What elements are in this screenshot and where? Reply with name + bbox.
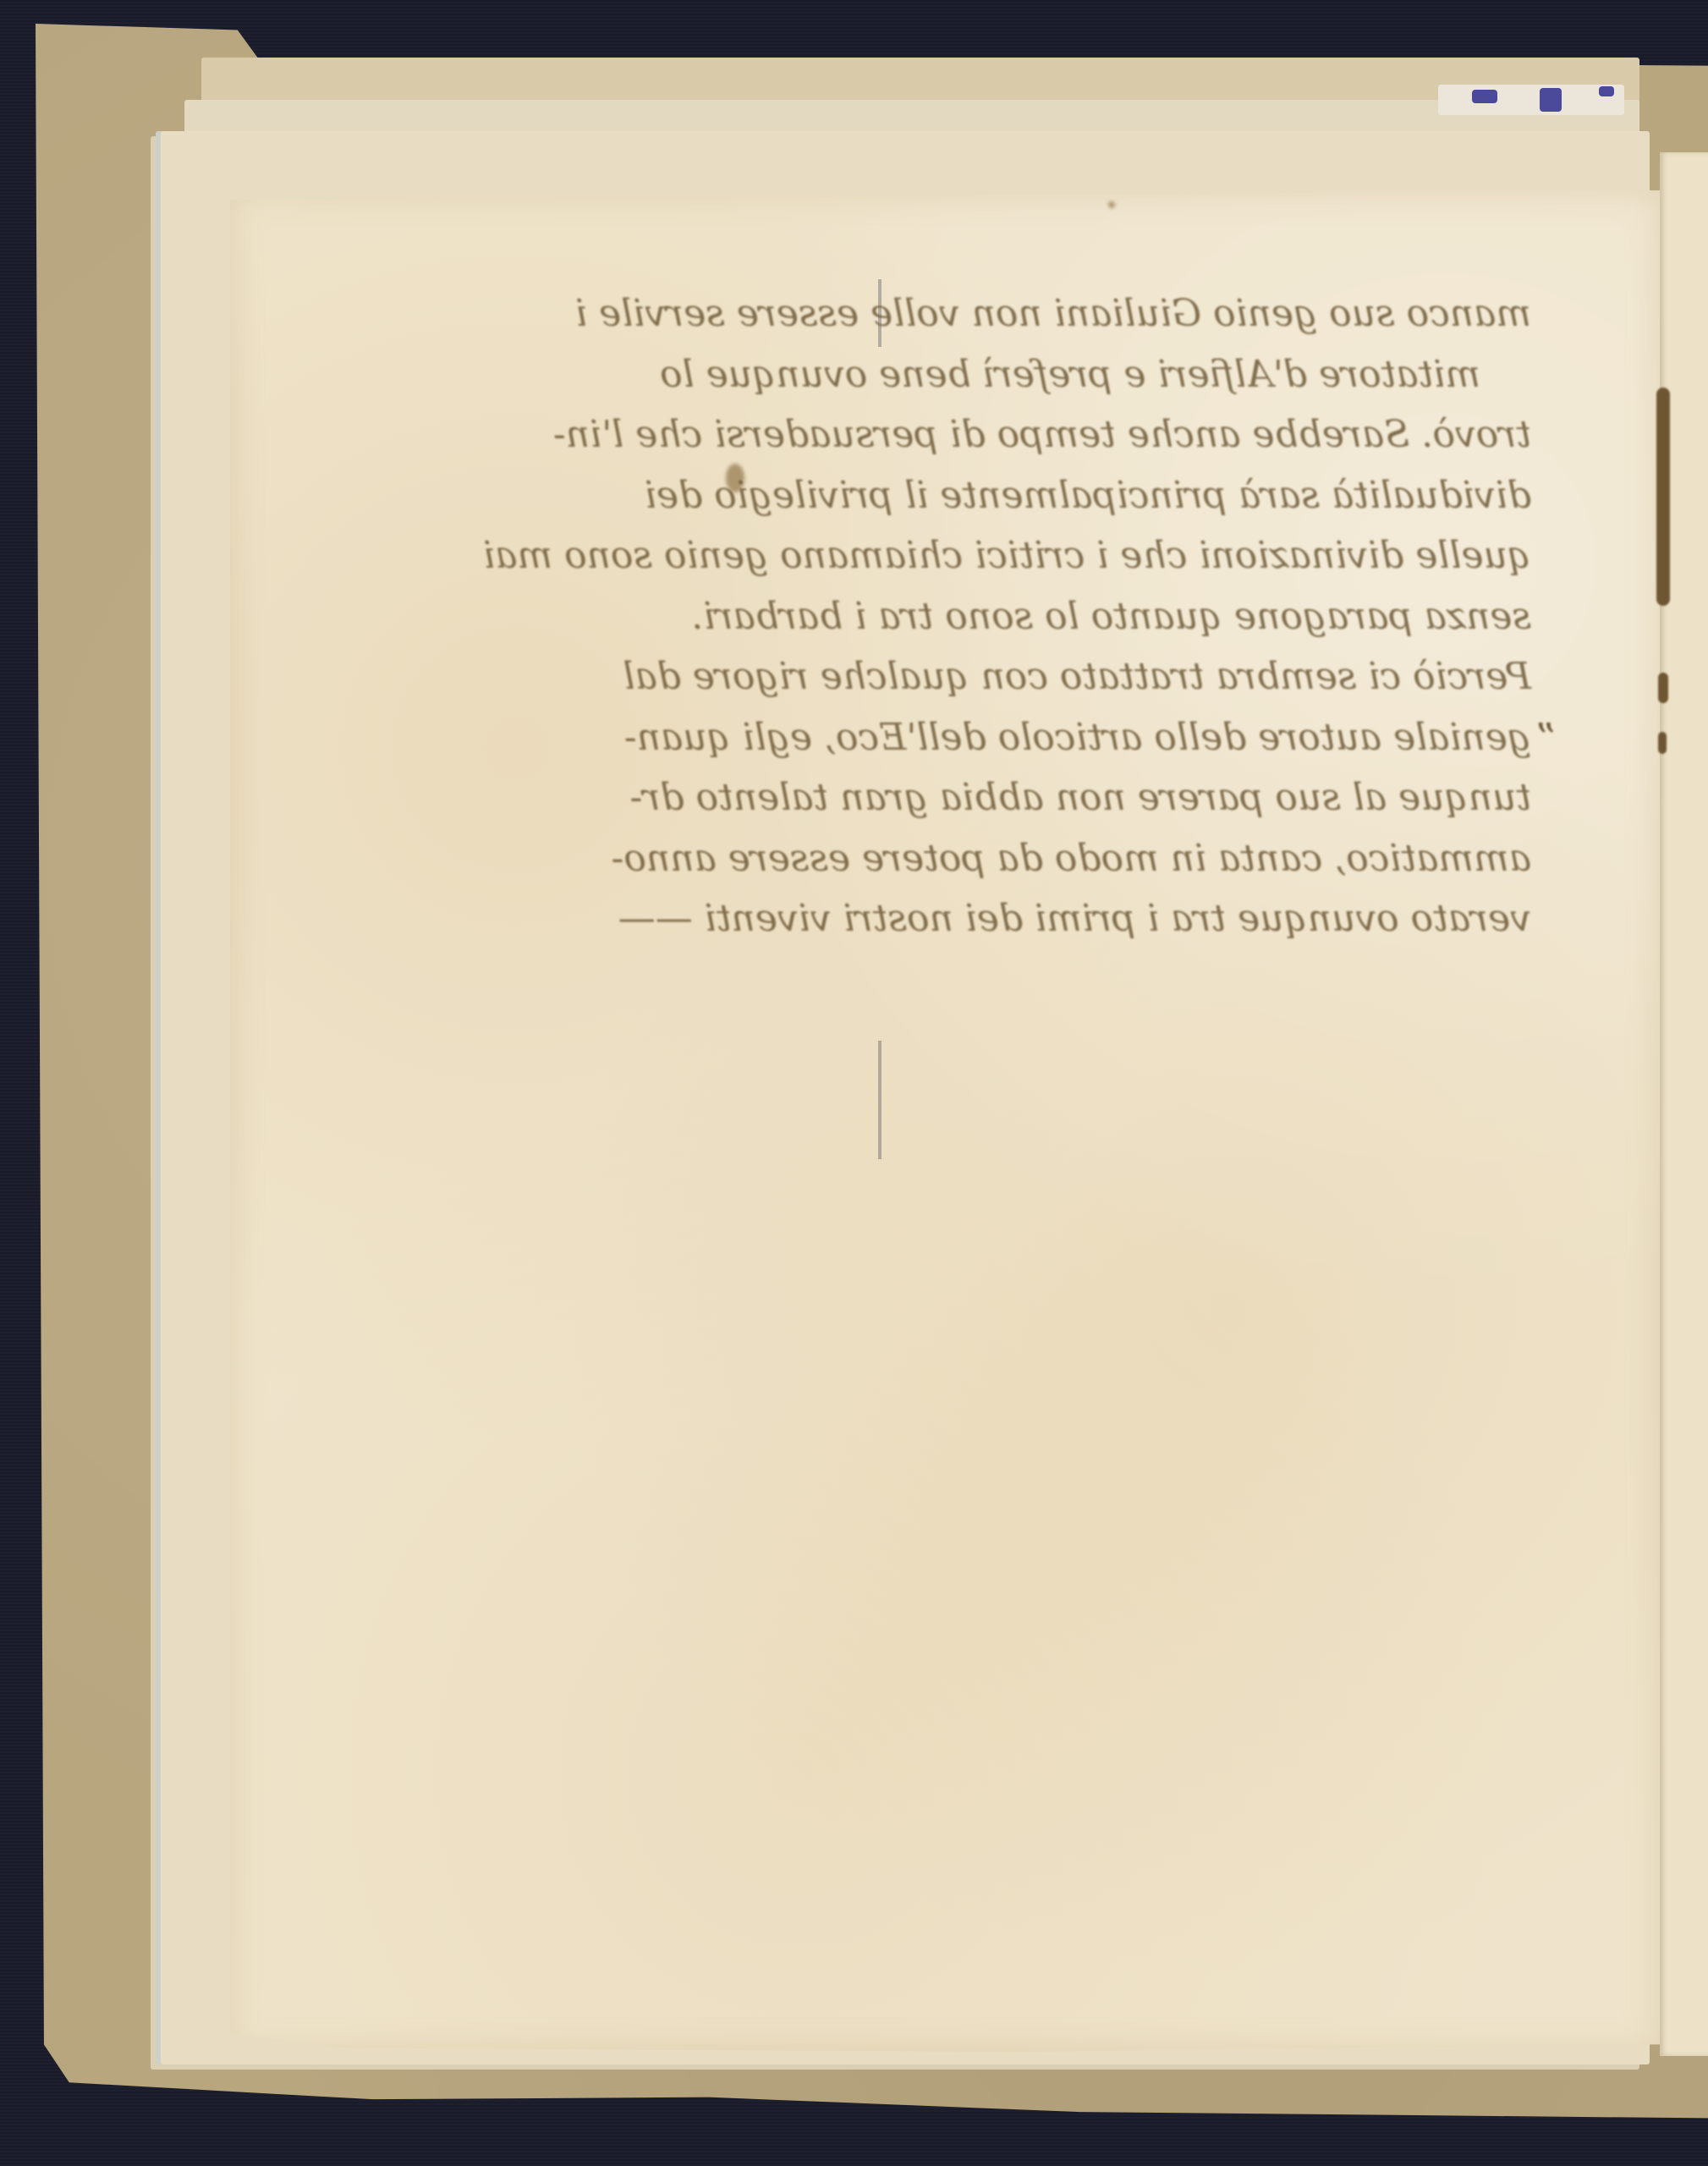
blue-ink-fleck (1540, 88, 1562, 112)
handwriting-line: quelle divinazioni che i critici chiaman… (440, 525, 1531, 586)
page-fold-crease (878, 1041, 881, 1159)
handwriting-line: ammatico, canta in modo da potere essere… (440, 828, 1531, 889)
ink-speck (1108, 201, 1115, 208)
blue-ink-fleck (1599, 86, 1614, 96)
mirrored-handwriting: manco suo genio Giuliani non volle esser… (440, 283, 1531, 949)
handwriting-line: manco suo genio Giuliani non volle esser… (440, 283, 1531, 344)
handwriting-line: verato ovunque tra i primi dei nostri vi… (440, 888, 1531, 949)
underlying-sheet-edge (1438, 85, 1624, 115)
handwriting-line: Perciò ci sembra trattato con qualche ri… (440, 646, 1531, 707)
spine-ink-mark (1658, 673, 1668, 703)
handwriting-line: dividualità sarà principalmente il privi… (440, 465, 1531, 526)
handwriting-line: trovò. Sarebbe anche tempo di persuaders… (440, 404, 1531, 465)
spine-ink-mark (1658, 732, 1667, 754)
handwriting-line: senza paragone quanto lo sono tra i barb… (440, 586, 1531, 647)
margin-quote-mark: ” (1535, 715, 1557, 762)
handwriting-line: mitatore d'Alfieri e preferì bene ovunqu… (440, 344, 1531, 405)
blue-ink-fleck (1472, 90, 1497, 103)
handwriting-line: tunque al suo parere non abbia gran tale… (440, 767, 1531, 828)
spine-ink-mark (1656, 388, 1670, 606)
handwriting-line: geniale autore dello articolo dell'Eco, … (440, 707, 1531, 768)
